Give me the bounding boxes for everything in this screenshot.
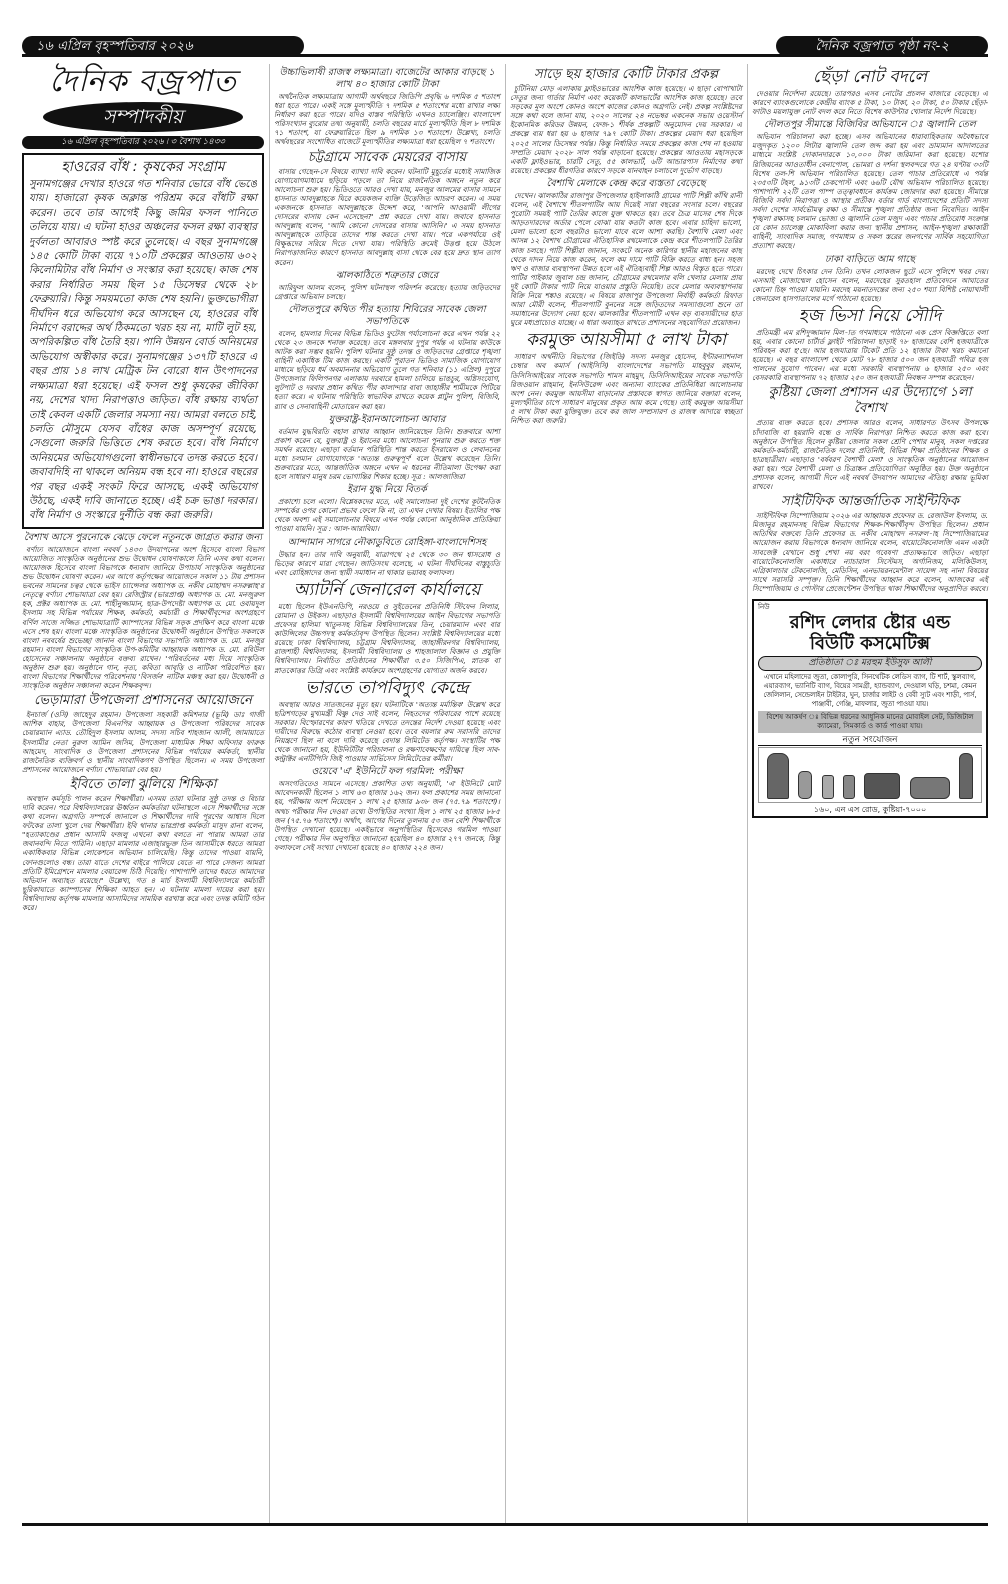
ad-address: ১৬০, এন এস রোড, কুষ্টিয়া-৭০০০ [758,805,982,814]
article-body: মরদেহ দেখে চিৎকার দেন তিনি। তখন লোকজন ছু… [752,267,988,303]
article-title: ইবিতে তালা ঝুলিয়ে শিক্ষিকা [22,777,264,793]
article-body: অভিযান পরিচালনা করা হচ্ছে। এসব অভিযানের … [752,132,988,250]
column-3: সাড়ে ছয় হাজার কোটি টাকার প্রকল্প চুটিন… [510,64,742,426]
article-title: হজ ভিসা নিয়ে সৌদি [752,306,988,327]
editorial-title: হাওরের বাঁধ : কৃষকের সংগ্রাম [29,158,257,176]
article-body: উদ্ধার হন। তার দাবি অনুযায়ী, যাত্রাপথে … [274,550,500,577]
article-title: সাড়ে ছয় হাজার কোটি টাকার প্রকল্প [510,67,742,83]
person-figure-icon [959,753,973,799]
article-title: দৌলতপুরে কথিত পীর হত্যায় শিবিরের সাবেক … [274,304,500,328]
header-bar: ১৬ এপ্রিল বৃহস্পতিবার ২০২৬ দৈনিক বজ্রপাত… [22,36,988,58]
article-title: বৈশাখ আসে পুরনোকে ঝেড়ে ফেলে নতুনকে জাগ্… [22,532,264,544]
column-divider [505,64,506,1526]
article-body: দেওয়ার নির্দেশনা রয়েছে। তারপরও এসব নোট… [752,89,988,116]
article-body: অবস্থায় আরও সাতজনের মৃত্যু হয়। ঘটনাটিক… [274,700,500,764]
article-title: ছেঁড়া নোট বদলে [752,67,988,88]
header-date: ১৬ এপ্রিল বৃহস্পতিবার ২০২৬ [22,36,304,56]
article-body: আরিফুল আলম বলেন, পুলিশ ঘটনাস্থল পরিদর্শন… [274,283,500,301]
article-title: করমুক্ত আয়সীমা ৫ লাখ টাকা [510,330,742,351]
article-body: বলেন, হামলার দিনের বিভিন্ন ভিডিও ফুটেজ প… [274,329,500,411]
article-title: ভেড়ামারা উপজেলা প্রশাসনের আয়োজনে [22,693,264,709]
newspaper-page: ১৬ এপ্রিল বৃহস্পতিবার ২০২৬ দৈনিক বজ্রপাত… [22,36,988,1526]
article-body: বাসায় গেছেন-সে বিষয়ে ব্যাখ্যা দাবি করে… [274,167,500,267]
article-body: ইনচার্জ (ওসি) জাহেদুর রহমান। উপজেলা সহকা… [22,710,264,774]
ad-new-addition-label: নতুন সংযোজন [758,736,982,746]
ad-founder: প্রতিষ্ঠাতা ঃ মরহুম ইউসুফ আলী [758,656,982,671]
ad-special-offer: বিশেষ আকর্ষণ ঃ বিভিন্ন ধরনের আধুনিক মানে… [758,711,982,733]
column-divider [269,64,270,1526]
column-4: ছেঁড়া নোট বদলে দেওয়ার নির্দেশনা রয়েছে… [752,64,988,818]
ad-product-images [758,747,982,803]
article-body: সাধারণ অর্থনীতি বিভাগের (জিইডি) সদস্য মন… [510,352,742,425]
footer-rule [22,1523,988,1526]
header-page-label: দৈনিক বজ্রপাত পৃষ্ঠা নং-২ [776,36,988,56]
column-1: দৈনিক বজ্রপাত সম্পাদকীয় ১৬ এপ্রিল বৃহস্… [22,64,264,913]
article-title: উচ্চাভিলাষী রাজস্ব লক্ষ্যমাত্রা। বাজেটের… [274,67,500,91]
article-body: প্রত্যয় ব্যক্ত করতে হবে। প্রশাসক আরও বল… [752,418,988,491]
article-title: যুক্তরাষ্ট্র-ইরানআলোচনা আবার [274,414,500,426]
article-body: প্রকাশ্যে চলে এলো। বিশ্লেষকদের মতে, এই স… [274,497,500,533]
advertisement-box: নিউ রশিদ লেদার ষ্টোর এন্ড বিউটি কসমেটিক্… [752,599,988,818]
column-divider [747,64,748,1526]
column-2: উচ্চাভিলাষী রাজস্ব লক্ষ্যমাত্রা। বাজেটের… [274,64,500,853]
article-body: বর্ণাঢ্য আয়োজনে বাংলা নববর্ষ ১৪৩৩ উদযাপ… [22,545,264,691]
ad-shop-name: রশিদ লেদার ষ্টোর এন্ড [758,612,982,633]
article-title: বৈশাখি মেলাকে কেন্দ্র করে ব্যস্ততা বেড়ে… [510,178,742,190]
article-title: ইরান যুদ্ধ নিয়ে বিতর্ক [274,484,500,496]
editorial-date: ১৬ এপ্রিল বৃহস্পতিবার ২০২৬ ৷ ৩ বৈশাখ ১৪৩… [22,136,264,149]
editorial-label: সম্পাদকীয় [43,102,243,132]
masthead-title: দৈনিক বজ্রপাত [22,64,264,100]
video-camera-icon [910,777,950,799]
article-body: দেখেন। ঝালকাঠির রাজাপুর উপজেলার হাইলাকাঠ… [510,191,742,327]
article-title: চট্টগ্রামে সাবেক মেয়রের বাসায় [274,150,500,166]
ad-items: এখানে মহিলাদের জুতা, কোলাপুরি, সিনথেটিক … [758,673,982,709]
person-figure-icon [767,753,789,799]
article-title: দৌলতপুর সীমান্তে বিজিবির অভিযানে ঃ জ্বাল… [752,119,988,131]
article-title: ভারতে তাপবিদ্যুৎ কেন্দ্রে [274,678,500,699]
article-title: ওয়েবে 'এ' ইউনিটে ফল গরমিল: পরীক্ষা [274,766,500,778]
article-body: অর্থনৈতিক লক্ষ্যমাত্রায় আগামী অর্থবছরে … [274,92,500,147]
mobile-phone-icon [843,775,855,799]
ad-shop-name-2: বিউটি কসমেটিক্স [758,633,982,654]
mobile-phone-icon [822,775,834,799]
article-body: বর্তমান যুদ্ধবিরতি বহাল রাখার আহ্বান জান… [274,427,500,482]
article-body: চুটিনিয়া মোড় এলাকায় ফ্লাইওভারের আংশিক… [510,84,742,175]
article-title: কুষ্টিয়া জেলা প্রশাসন এর উদ্যোগে ১লা বৈ… [752,385,988,417]
article-title: আন্দামান সাগরে নৌকাডুবিতে রোহিঙ্গা-বাংলা… [274,537,500,549]
article-title: সাইটিফিক আন্তর্জাতিক সাইন্টিফিক [752,494,988,510]
article-title: ঝালকাঠিতে শত্রুতার জেরে [274,270,500,282]
article-body: প্রতিমন্ত্রী এম রশিদুজ্জামান মিল-াত গণমা… [752,328,988,383]
ad-new-tag: নিউ [758,603,982,612]
article-title: ঢাকা বাড়িতে আম গাছে [752,254,988,266]
article-body: অবস্থান কর্মসূচি পালন করেন শিক্ষার্থীরা।… [22,794,264,912]
mobile-phone-icon [798,771,812,799]
article-body: অসংগতিতেও সামনে এসেছে। প্রকাশিত তথ্য অনু… [274,779,500,852]
camera-icon [864,773,900,799]
editorial-box: হাওরের বাঁধ : কৃষকের সংগ্রাম সুনামগঞ্জের… [22,153,264,529]
editorial-body: সুনামগঞ্জের দেখার হাওরে গত শনিবার ভোরে ব… [29,178,257,524]
article-body: সাইন্টিফিক সিম্পোজিয়াম ২০২৬ এর আহ্বায়ক… [752,511,988,593]
article-body: মধ্যে ছিলেন ইউএনডিপি, নরওয়ে ও সুইডেনের … [274,602,500,675]
article-title: অ্যাটর্নি জেনারেল কার্যালয়ে [274,580,500,601]
